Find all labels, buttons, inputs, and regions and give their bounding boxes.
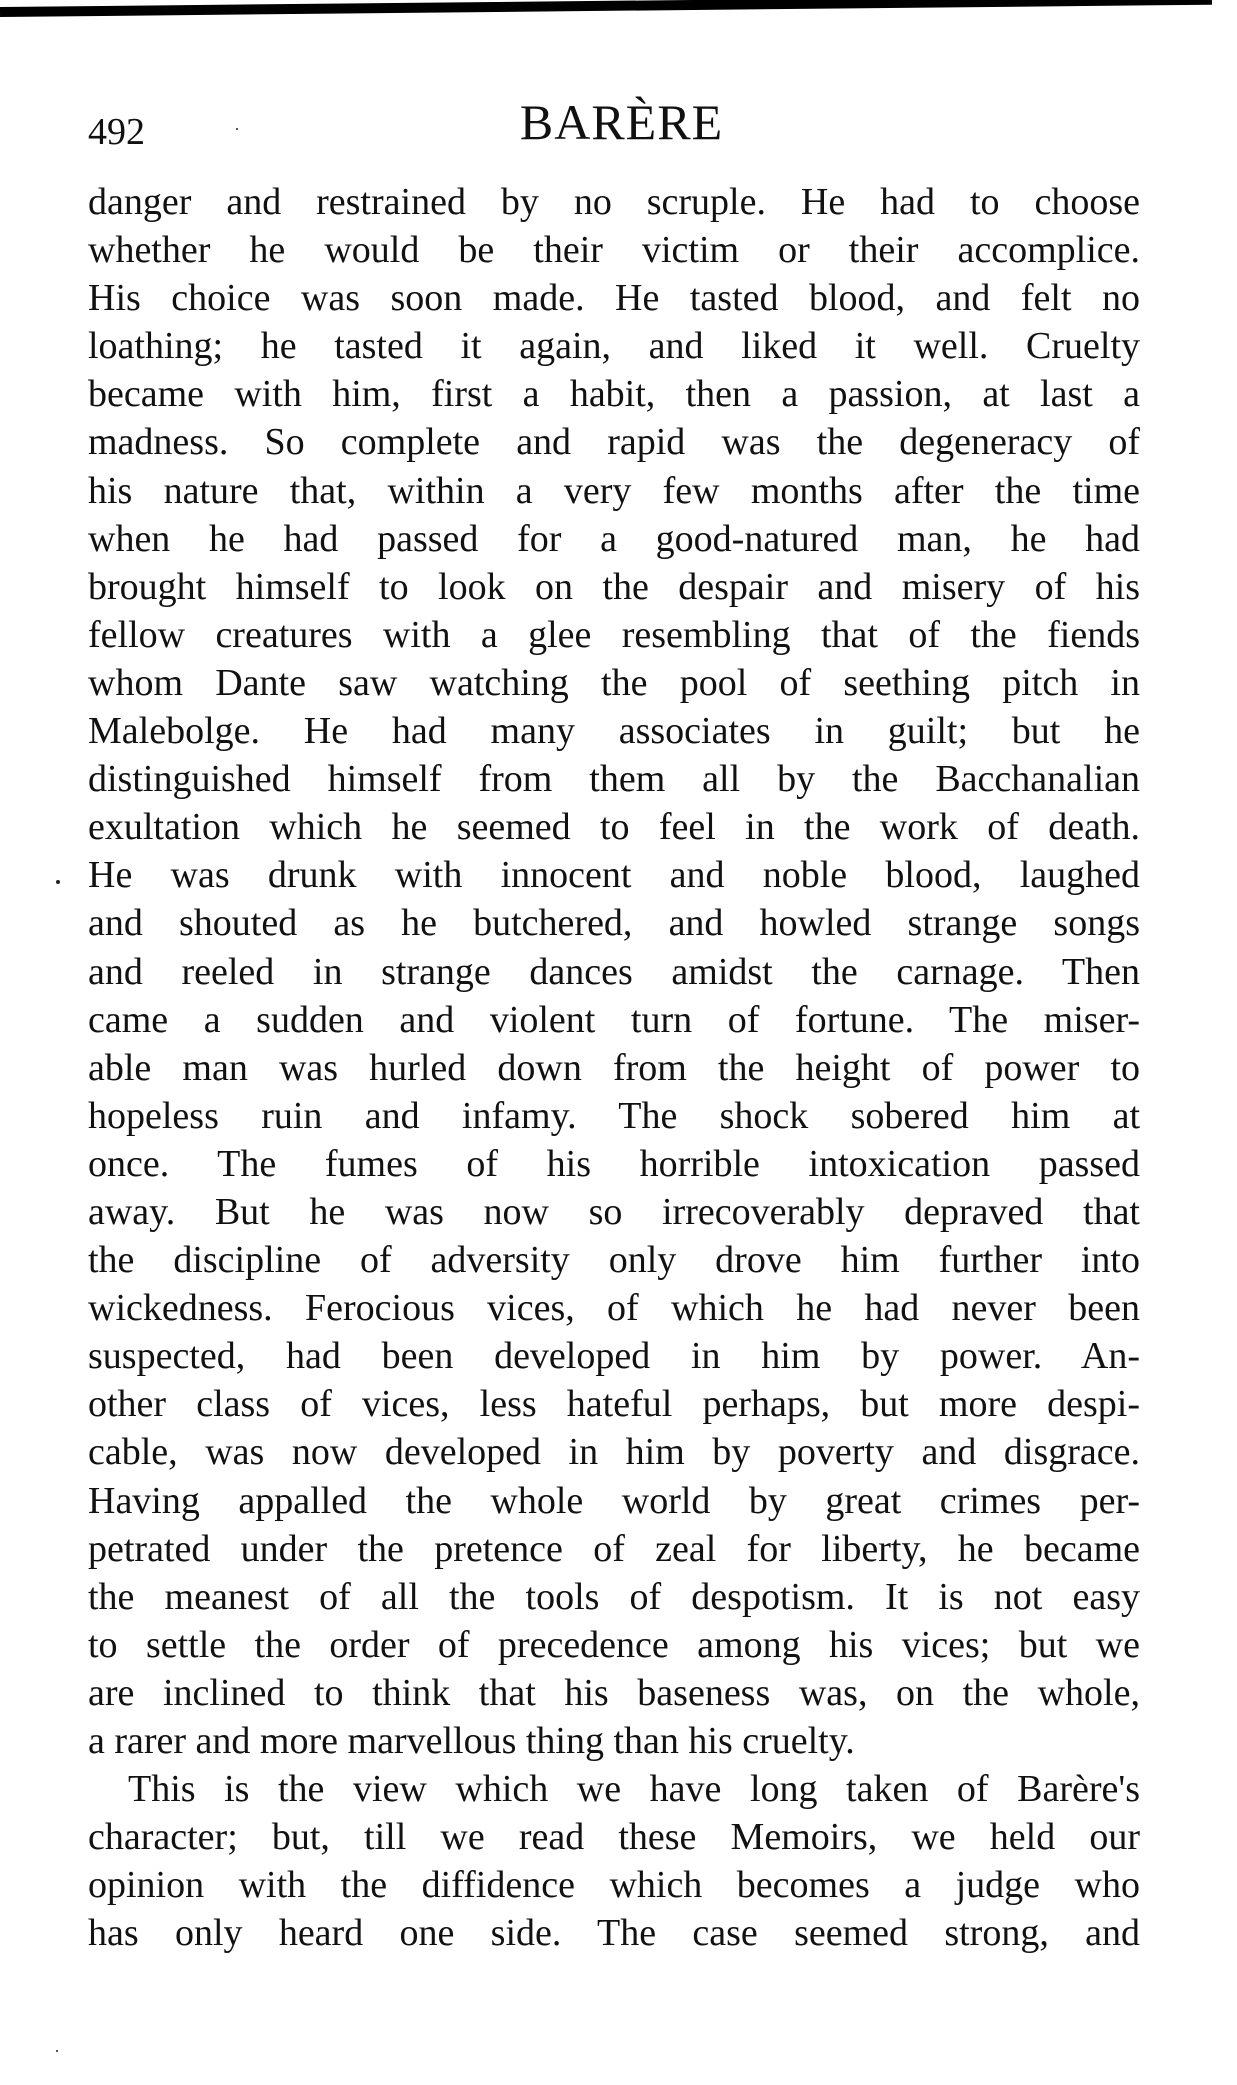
text-line: whom Dante saw watching the pool of seet… xyxy=(88,659,1140,707)
text-line: distinguished himself from them all by t… xyxy=(88,755,1140,803)
text-line: the meanest of all the tools of despotis… xyxy=(88,1573,1140,1621)
text-line: brought himself to look on the despair a… xyxy=(88,563,1140,611)
text-line: once. The fumes of his horrible intoxica… xyxy=(88,1140,1140,1188)
text-line: has only heard one side. The case seemed… xyxy=(88,1909,1140,1957)
text-line-paragraph-end: a rarer and more marvellous thing than h… xyxy=(88,1717,1140,1765)
text-line: other class of vices, less hateful perha… xyxy=(88,1380,1140,1428)
text-line: fellow creatures with a glee resembling … xyxy=(88,611,1140,659)
text-line: opinion with the diffidence which become… xyxy=(88,1861,1140,1909)
running-head: BARÈRE xyxy=(0,96,1237,148)
text-line: cable, was now developed in him by pover… xyxy=(88,1428,1140,1476)
text-line: suspected, had been developed in him by … xyxy=(88,1332,1140,1380)
scan-speck xyxy=(56,2050,58,2052)
text-line: to settle the order of precedence among … xyxy=(88,1621,1140,1669)
text-line: hopeless ruin and infamy. The shock sobe… xyxy=(88,1092,1140,1140)
running-head-title: BARÈRE xyxy=(520,94,723,150)
text-line: Malebolge. He had many associates in gui… xyxy=(88,707,1140,755)
text-line: wickedness. Ferocious vices, of which he… xyxy=(88,1284,1140,1332)
text-line: loathing; he tasted it again, and liked … xyxy=(88,322,1140,370)
text-line: whether he would be their victim or thei… xyxy=(88,226,1140,274)
text-line: madness. So complete and rapid was the d… xyxy=(88,418,1140,466)
text-line: His choice was soon made. He tasted bloo… xyxy=(88,274,1140,322)
text-line: became with him, first a habit, then a p… xyxy=(88,370,1140,418)
text-line-paragraph-start: This is the view which we have long take… xyxy=(88,1765,1140,1813)
text-line: his nature that, within a very few month… xyxy=(88,467,1140,515)
text-line: petrated under the pretence of zeal for … xyxy=(88,1525,1140,1573)
text-line: came a sudden and violent turn of fortun… xyxy=(88,996,1140,1044)
text-line: exultation which he seemed to feel in th… xyxy=(88,803,1140,851)
text-line: able man was hurled down from the height… xyxy=(88,1044,1140,1092)
text-line: when he had passed for a good-natured ma… xyxy=(88,515,1140,563)
text-line: are inclined to think that his baseness … xyxy=(88,1669,1140,1717)
scan-speck xyxy=(56,880,60,884)
text-line: He was drunk with innocent and noble blo… xyxy=(88,851,1140,899)
body-text: danger and restrained by no scruple. He … xyxy=(88,178,1140,1957)
text-line: danger and restrained by no scruple. He … xyxy=(88,178,1140,226)
text-line: character; but, till we read these Memoi… xyxy=(88,1813,1140,1861)
text-line: the discipline of adversity only drove h… xyxy=(88,1236,1140,1284)
top-border-rule xyxy=(0,0,1212,17)
paragraph-2: This is the view which we have long take… xyxy=(88,1765,1140,1957)
text-line: Having appalled the whole world by great… xyxy=(88,1477,1140,1525)
paragraph-1: danger and restrained by no scruple. He … xyxy=(88,178,1140,1765)
text-line: and shouted as he butchered, and howled … xyxy=(88,899,1140,947)
text-line: away. But he was now so irrecoverably de… xyxy=(88,1188,1140,1236)
text-line: and reeled in strange dances amidst the … xyxy=(88,948,1140,996)
scan-speck xyxy=(236,128,238,130)
